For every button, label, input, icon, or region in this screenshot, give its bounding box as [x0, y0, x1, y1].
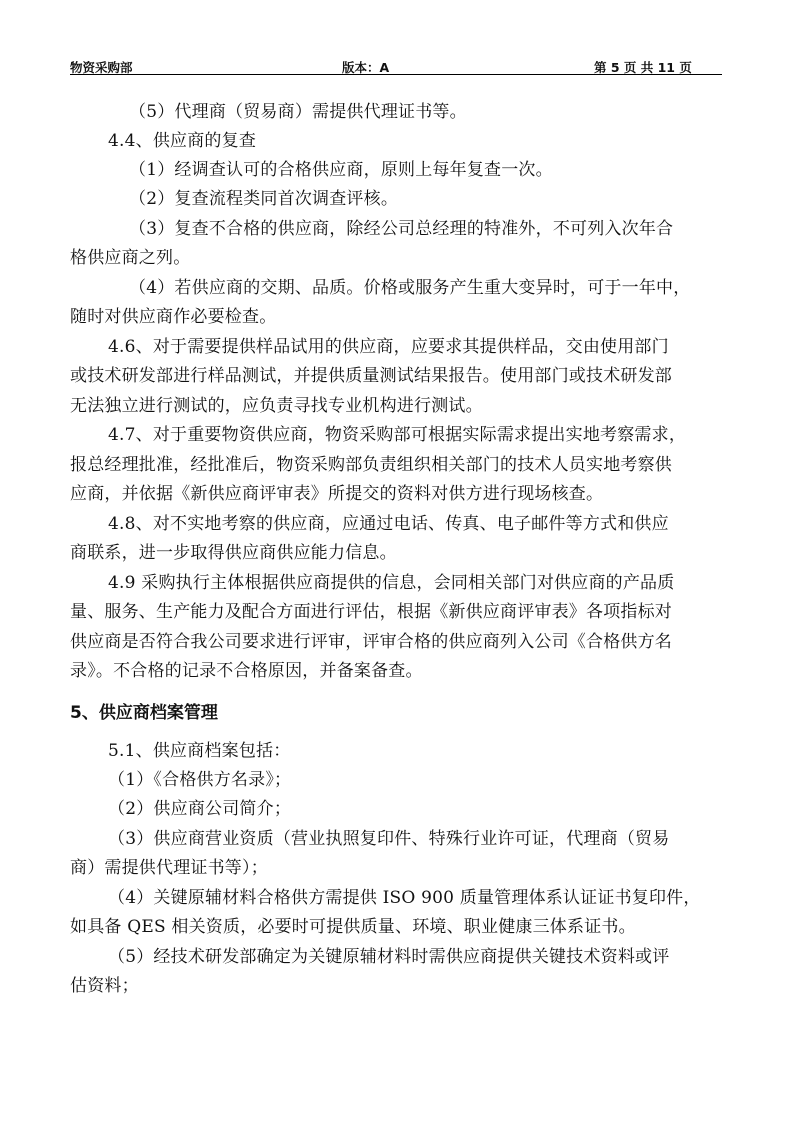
- text-line: 录》。不合格的记录不合格原因，并备案备查。: [70, 660, 423, 682]
- text-line: 报总经理批准，经批准后，物资采购部负责组织相关部门的技术人员实地考察供: [70, 454, 672, 476]
- text-line: （2）复查流程类同首次调查评核。: [129, 188, 398, 210]
- text-line: 格供应商之列。: [70, 247, 190, 269]
- text-line: 4.7、对于重要物资供应商，物资采购部可根据实际需求提出实地考察需求，: [108, 424, 686, 446]
- text-line: （1）经调查认可的合格供应商，原则上每年复查一次。: [129, 159, 553, 181]
- text-line: （1）《合格供方名录》；: [108, 769, 291, 791]
- text-line: 随时对供应商作必要检查。: [70, 306, 276, 328]
- text-line: （4）关键原辅材料合格供方需提供 ISO 900 质量管理体系认证证书复印件，: [108, 887, 701, 909]
- text-line: 供应商是否符合我公司要求进行评审，评审合格的供应商列入公司《合格供方名: [70, 631, 672, 653]
- header-page-info: 第 5 页 共 11 页: [594, 58, 692, 76]
- text-line: 应商，并依据《新供应商评审表》所提交的资料对供方进行现场核查。: [70, 483, 603, 505]
- page-header: 物资采购部 版本：A 第 5 页 共 11 页: [70, 56, 722, 75]
- text-line: 估资料；: [70, 975, 139, 997]
- text-line: 商）需提供代理证书等）；: [70, 857, 268, 879]
- text-line: 4.6、对于需要提供样品试用的供应商，应要求其提供样品，交由使用部门: [108, 336, 669, 358]
- text-line: 4.8、对不实地考察的供应商，应通过电话、传真、电子邮件等方式和供应: [108, 513, 669, 535]
- text-line: 4.4、供应商的复查: [108, 130, 256, 152]
- text-line: 如具备 QES 相关资质，必要时可提供质量、环境、职业健康三体系证书。: [70, 916, 636, 938]
- text-line: （5）经技术研发部确定为关键原辅材料时需供应商提供关键技术资料或评: [108, 946, 669, 968]
- text-line: （3）供应商营业资质（营业执照复印件、特殊行业许可证，代理商（贸易: [108, 828, 669, 850]
- text-line: （5）代理商（贸易商）需提供代理证书等。: [129, 101, 467, 123]
- text-line: （3）复查不合格的供应商，除经公司总经理的特准外，不可列入次年合: [129, 218, 673, 240]
- section-heading: 5、供应商档案管理: [70, 702, 218, 724]
- text-line: （2）供应商公司简介；: [108, 798, 291, 820]
- text-line: 5.1、供应商档案包括：: [108, 740, 290, 762]
- header-department: 物资采购部: [70, 58, 133, 76]
- text-line: （4）若供应商的交期、品质。价格或服务产生重大变异时，可于一年中，: [129, 277, 690, 299]
- text-line: 商联系，进一步取得供应商供应能力信息。: [70, 542, 397, 564]
- text-line: 量、服务、生产能力及配合方面进行评估，根据《新供应商评审表》各项指标对: [70, 601, 672, 623]
- text-line: 或技术研发部进行样品测试，并提供质量测试结果报告。使用部门或技术研发部: [70, 365, 672, 387]
- header-version: 版本：A: [342, 58, 389, 76]
- text-line: 4.9 采购执行主体根据供应商提供的信息，会同相关部门对供应商的产品质: [108, 572, 674, 594]
- text-line: 无法独立进行测试的，应负责寻找专业机构进行测试。: [70, 395, 483, 417]
